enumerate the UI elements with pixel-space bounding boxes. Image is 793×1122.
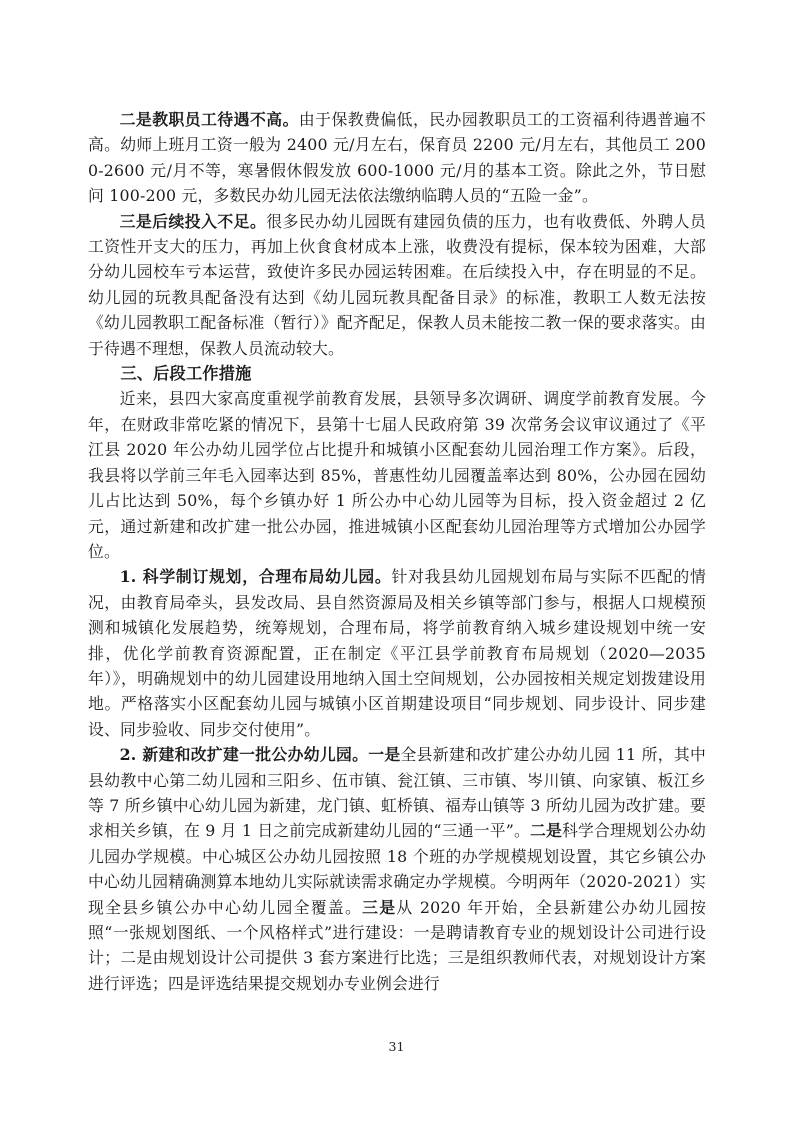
document-body: 二是教职员工待遇不高。由于保教费偏低，民办园教职员工的工资福利待遇普遍不高。幼师… <box>88 107 706 996</box>
text-run-bold: 2. 新建和改扩建一批公办幼儿园。 <box>120 745 369 764</box>
text-run-bold: 1. 科学制订规划，合理布局幼儿园。 <box>120 567 392 586</box>
text-run-bold: 三是 <box>362 898 396 917</box>
page-number: 31 <box>0 1038 793 1056</box>
text-run-bold: 三是后续投入不足。 <box>120 212 267 231</box>
section-heading: 三、后段工作措施 <box>88 361 706 386</box>
text-run: 针对我县幼儿园规划布局与实际不匹配的情况，由教育局牵头，县发改局、县自然资源局及… <box>88 567 706 738</box>
paragraph: 1. 科学制订规划，合理布局幼儿园。针对我县幼儿园规划布局与实际不匹配的情况，由… <box>88 564 706 742</box>
document-page: 二是教职员工待遇不高。由于保教费偏低，民办园教职员工的工资福利待遇普遍不高。幼师… <box>0 0 793 1122</box>
paragraph: 三是后续投入不足。很多民办幼儿园既有建园负债的压力，也有收费低、外聘人员工资性开… <box>88 209 706 361</box>
text-run-bold: 一是 <box>368 745 400 764</box>
paragraph: 二是教职员工待遇不高。由于保教费偏低，民办园教职员工的工资福利待遇普遍不高。幼师… <box>88 107 706 209</box>
text-run-bold: 三、后段工作措施 <box>120 364 251 383</box>
paragraph: 2. 新建和改扩建一批公办幼儿园。一是全县新建和改扩建公办幼儿园 11 所，其中… <box>88 742 706 996</box>
text-run-bold: 二是 <box>530 821 562 840</box>
text-run: 近来，县四大家高度重视学前教育发展，县领导多次调研、调度学前教育发展。今年，在财… <box>88 389 706 560</box>
paragraph: 近来，县四大家高度重视学前教育发展，县领导多次调研、调度学前教育发展。今年，在财… <box>88 386 706 564</box>
text-run: 很多民办幼儿园既有建园负债的压力，也有收费低、外聘人员工资性开支大的压力，再加上… <box>88 212 706 358</box>
text-run-bold: 二是教职员工待遇不高。 <box>120 110 299 129</box>
